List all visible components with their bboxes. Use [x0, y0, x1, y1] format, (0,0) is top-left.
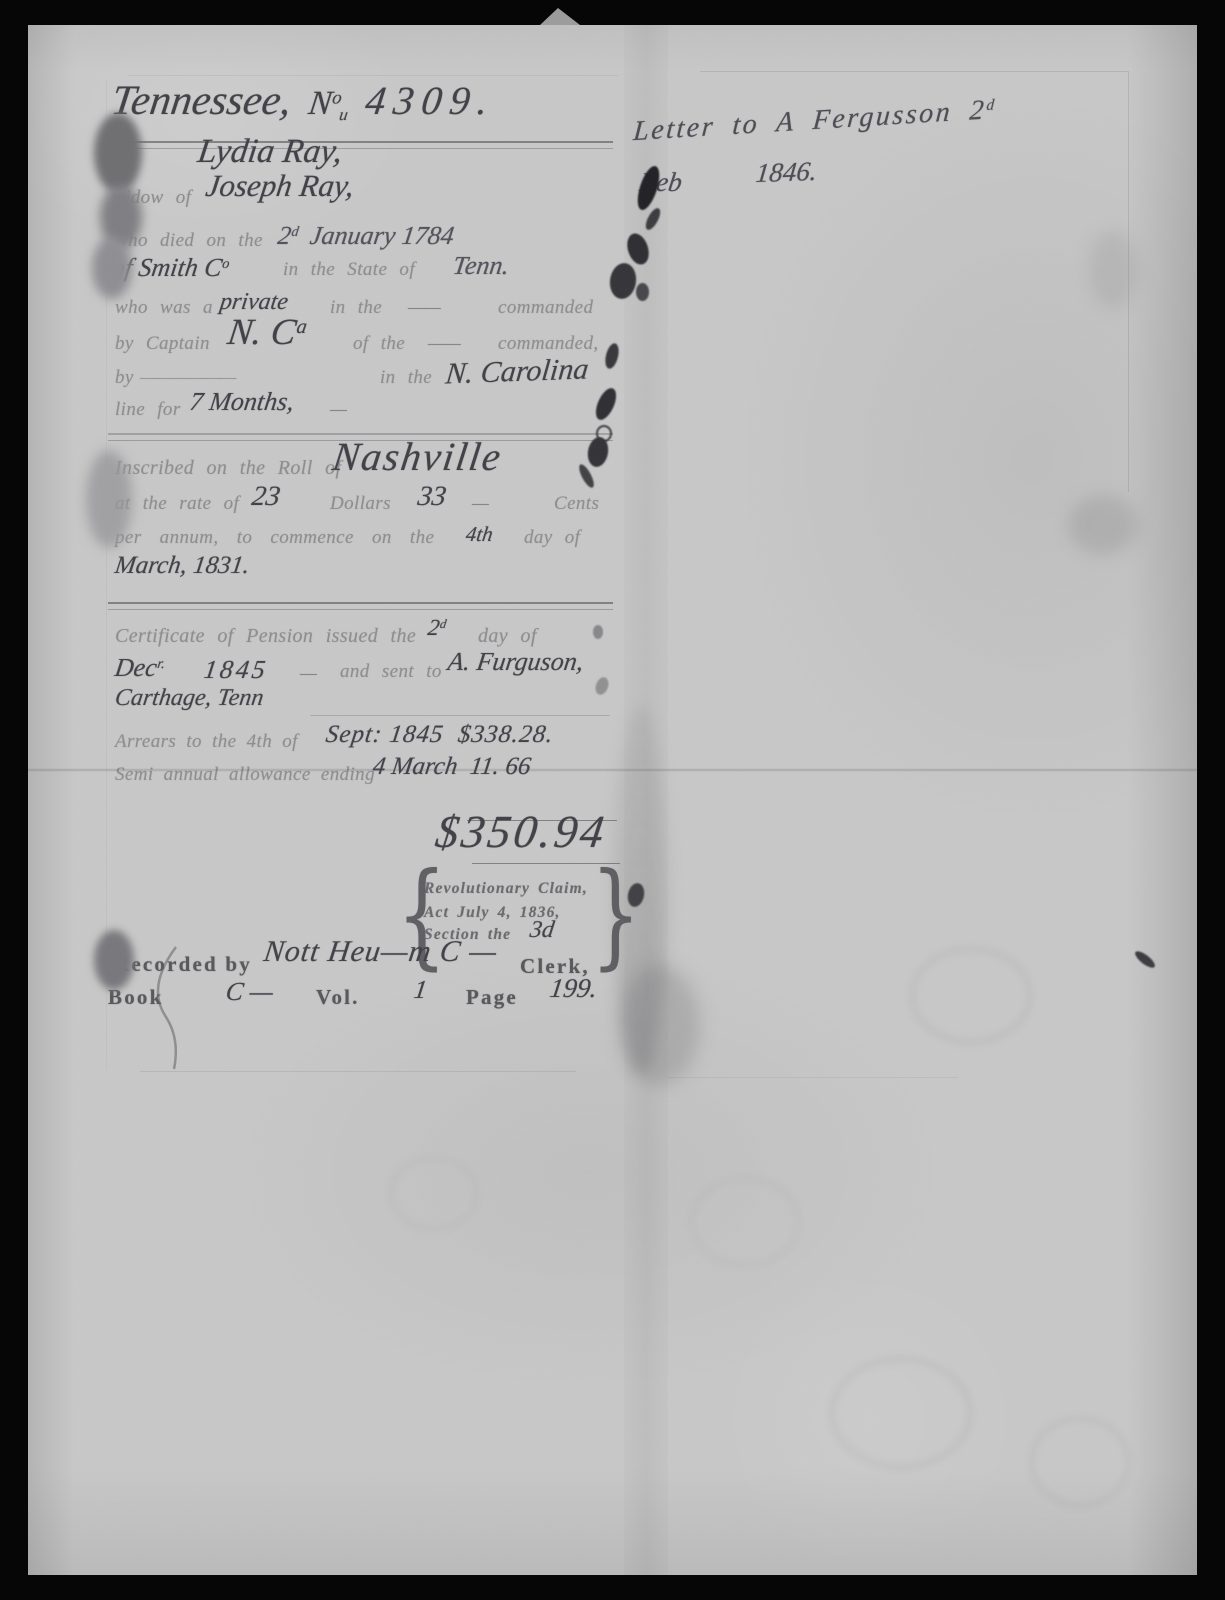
agent-name: A. Furguson,	[446, 647, 586, 677]
captain-label: by Captain	[115, 333, 210, 355]
section-rule	[108, 602, 613, 610]
state-of-label: in the State of	[283, 259, 415, 281]
roll-label: Inscribed on the Roll of	[115, 457, 341, 480]
margin-smudge	[94, 113, 142, 193]
scan-background: Tennessee,Nou4309. Lydia Ray, widow of J…	[0, 0, 1225, 1600]
of-the-label: of the	[353, 333, 405, 355]
commence-day: 4th	[464, 522, 494, 547]
by-label: by	[115, 367, 134, 389]
ink-blot	[593, 625, 603, 639]
blank-dash: —	[472, 493, 488, 515]
vol-value: 1	[412, 975, 429, 1005]
dollars-label: Dollars	[330, 493, 391, 515]
certificate-label: Certificate of Pension issued the	[115, 625, 416, 648]
death-date: 2dJanuary 1784	[276, 221, 456, 251]
stain-ring	[1028, 1415, 1132, 1509]
certificate-day: 2d	[426, 615, 447, 641]
book-value: C —	[224, 977, 275, 1007]
rate-label: at the rate of	[115, 493, 239, 515]
pensioner-name: Lydia Ray,	[195, 133, 345, 171]
blank-line: ——————	[140, 367, 235, 389]
captain-value: N. Ca	[225, 311, 309, 354]
fold-crease-horizontal	[28, 769, 1197, 771]
blank-dash: ——	[408, 297, 440, 319]
state-name: Tennessee,	[109, 78, 295, 124]
arrears-value: Sept: 1845 $338.28.	[324, 721, 556, 749]
paper-notch	[540, 8, 580, 25]
margin-smudge	[94, 930, 134, 990]
clerk-signature: Nott Heu—m C —	[262, 935, 500, 969]
claim-line1: Revolutionary Claim,	[424, 880, 588, 898]
page-value: 199.	[548, 973, 600, 1004]
semiannual-value: 4 March 11. 66	[371, 753, 533, 781]
claim-section-number: 3d	[528, 917, 556, 944]
page-label: Page	[466, 985, 518, 1010]
blank-dash: ——	[428, 333, 460, 355]
ink-blot	[636, 283, 649, 301]
vol-label: Vol.	[316, 985, 360, 1010]
stain-ring	[688, 1175, 802, 1269]
day-of-label: day of	[524, 527, 580, 549]
in-the-label: in the	[380, 367, 432, 389]
agent-address: Carthage, Tenn	[113, 685, 265, 712]
commanded-label: commanded	[498, 297, 593, 319]
per-annum-label: per annum, to commence on the	[115, 527, 434, 549]
stain	[1088, 230, 1138, 310]
stain-ring	[908, 945, 1034, 1046]
rate-dollars: 23	[250, 481, 282, 513]
in-the-label: in the	[330, 297, 382, 319]
day-of-label: day of	[478, 625, 537, 648]
issue-year: 1845	[202, 655, 270, 685]
soldier-name: Joseph Ray,	[203, 168, 356, 204]
rank-label: who was a	[115, 297, 213, 319]
blank-dash: —	[330, 399, 346, 421]
residence-state: Tenn.	[451, 251, 511, 281]
fold-smudge	[620, 965, 700, 1085]
stain-ring	[828, 1355, 974, 1471]
arrears-label: Arrears to the 4th of	[115, 731, 298, 753]
blank-dash: —	[300, 663, 316, 685]
total-amount: $350.94	[432, 805, 610, 858]
form-header: Tennessee,Nou4309.	[109, 77, 500, 125]
service-duration: 7 Months,	[188, 387, 296, 417]
margin-smudge	[92, 237, 132, 299]
corner-fold-crease	[138, 945, 208, 1075]
line-for-label: line for	[115, 399, 181, 421]
document-paper: Tennessee,Nou4309. Lydia Ray, widow of J…	[28, 25, 1197, 1575]
claim-number: 4309.	[363, 78, 499, 123]
sent-to-label: and sent to	[340, 661, 442, 683]
roll-place: Nashville	[330, 433, 506, 480]
number-label: Nou	[306, 85, 352, 122]
header-underline	[108, 141, 613, 149]
margin-smudge	[86, 450, 132, 548]
state-line-value: N. Carolina	[444, 353, 590, 392]
cents-label: Cents	[554, 493, 599, 515]
commence-date: March, 1831.	[113, 552, 251, 580]
commanded-label: commanded,	[498, 333, 599, 355]
stain	[1068, 495, 1138, 555]
semiannual-label: Semi annual allowance ending	[115, 764, 375, 786]
issue-month: Decr.	[113, 653, 167, 683]
stain-ring	[388, 1155, 480, 1232]
rate-cents: 33	[416, 481, 448, 513]
fill-rule	[310, 715, 610, 716]
docket-note-year: 1846.	[754, 156, 818, 189]
